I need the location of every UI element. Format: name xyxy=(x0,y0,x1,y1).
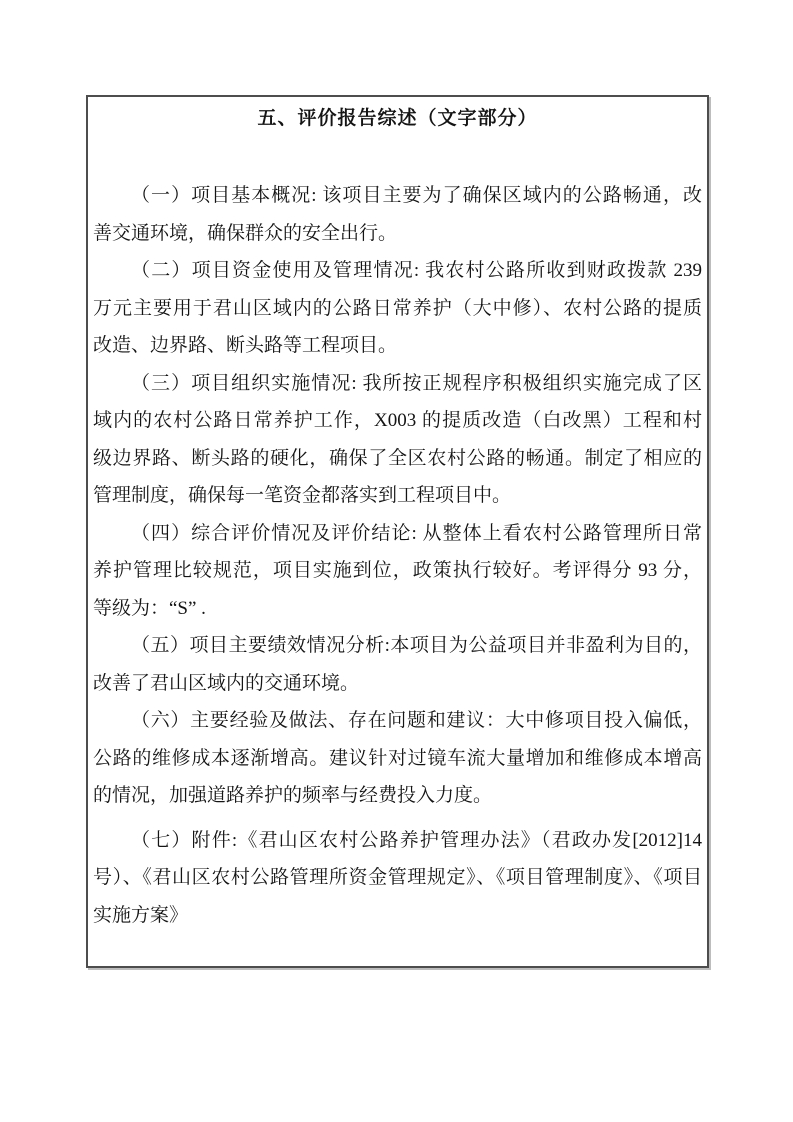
paragraph-line: 养护管理比较规范，项目实施到位，政策执行较好。考评得分 93 分， xyxy=(93,552,702,590)
paragraph-2: （二）项目资金使用及管理情况: 我农村公路所收到财政拨款 239 万元主要用于君… xyxy=(93,252,702,365)
paragraph-7: （七）附件:《君山区农村公路养护管理办法》（君政办发[2012]14 号）、《君… xyxy=(93,822,702,935)
paragraph-line: 改造、边界路、断头路等工程项目。 xyxy=(93,327,702,365)
paragraph-line: 等级为：“S” . xyxy=(93,590,702,628)
paragraph-4: （四）综合评价情况及评价结论: 从整体上看农村公路管理所日常 养护管理比较规范，… xyxy=(93,515,702,628)
paragraph-5: （五）项目主要绩效情况分析:本项目为公益项目并非盈利为目的， 改善了君山区域内的… xyxy=(93,627,702,702)
paragraph-line: （二）项目资金使用及管理情况: 我农村公路所收到财政拨款 239 xyxy=(93,252,702,290)
paragraph-line: （六）主要经验及做法、存在问题和建议：大中修项目投入偏低， xyxy=(93,702,702,740)
paragraph-6: （六）主要经验及做法、存在问题和建议：大中修项目投入偏低， 公路的维修成本逐渐增… xyxy=(93,702,702,815)
paragraph-line: 级边界路、断头路的硬化，确保了全区农村公路的畅通。制定了相应的 xyxy=(93,440,702,478)
paragraph-line: 管理制度，确保每一笔资金都落实到工程项目中。 xyxy=(93,477,702,515)
report-summary-box: 五、评价报告综述（文字部分） （一）项目基本概况: 该项目主要为了确保区域内的公… xyxy=(86,95,709,968)
paragraph-1: （一）项目基本概况: 该项目主要为了确保区域内的公路畅通，改 善交通环境，确保群… xyxy=(93,177,702,252)
paragraph-line: 实施方案》 xyxy=(93,897,702,935)
paragraph-3: （三）项目组织实施情况: 我所按正规程序积极组织实施完成了区 域内的农村公路日常… xyxy=(93,365,702,515)
paragraph-line: （五）项目主要绩效情况分析:本项目为公益项目并非盈利为目的， xyxy=(93,627,702,665)
report-body: （一）项目基本概况: 该项目主要为了确保区域内的公路畅通，改 善交通环境，确保群… xyxy=(93,177,702,934)
paragraph-line: 公路的维修成本逐渐增高。建议针对过镜车流大量增加和维修成本增高 xyxy=(93,740,702,778)
paragraph-line: （七）附件:《君山区农村公路养护管理办法》（君政办发[2012]14 xyxy=(93,822,702,860)
paragraph-line: （三）项目组织实施情况: 我所按正规程序积极组织实施完成了区 xyxy=(93,365,702,403)
paragraph-line: （一）项目基本概况: 该项目主要为了确保区域内的公路畅通，改 xyxy=(93,177,702,215)
paragraph-line: 的情况，加强道路养护的频率与经费投入力度。 xyxy=(93,777,702,815)
paragraph-line: （四）综合评价情况及评价结论: 从整体上看农村公路管理所日常 xyxy=(93,515,702,553)
paragraph-line: 改善了君山区域内的交通环境。 xyxy=(93,665,702,703)
paragraph-line: 号）、《君山区农村公路管理所资金管理规定》、《项目管理制度》、《项目 xyxy=(93,859,702,897)
document-page: 五、评价报告综述（文字部分） （一）项目基本概况: 该项目主要为了确保区域内的公… xyxy=(0,0,793,1122)
paragraph-line: 域内的农村公路日常养护工作，X003 的提质改造（白改黑）工程和村 xyxy=(93,402,702,440)
report-title: 五、评价报告综述（文字部分） xyxy=(93,106,702,132)
paragraph-line: 万元主要用于君山区域内的公路日常养护（大中修）、农村公路的提质 xyxy=(93,290,702,328)
paragraph-line: 善交通环境，确保群众的安全出行。 xyxy=(93,215,702,253)
